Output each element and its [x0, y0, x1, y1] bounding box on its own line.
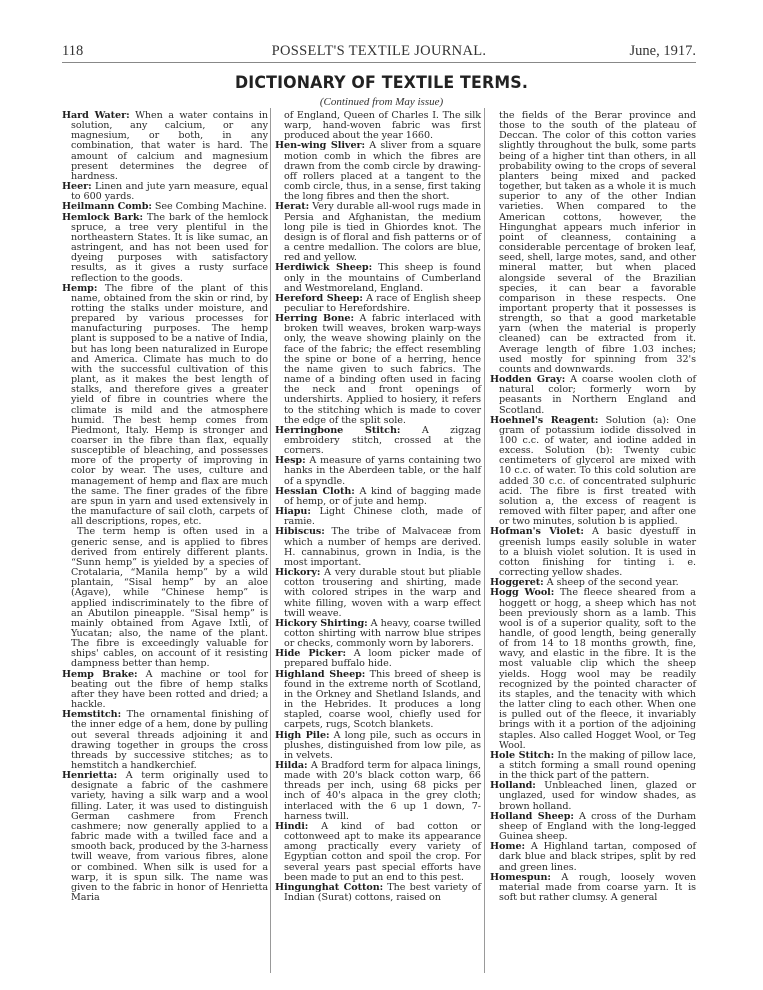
- dictionary-entry: Hiapu: Light Chinese cloth, made of rami…: [275, 507, 481, 527]
- dictionary-entry: Hingunghat Cotton: The best variety of I…: [275, 883, 481, 903]
- entry-definition: Light Chinese cloth, made of ramie.: [284, 506, 481, 527]
- entry-definition: The fibre of the plant of this name, obt…: [71, 283, 268, 528]
- column-2: of England, Queen of Charles I. The silk…: [275, 111, 481, 903]
- entry-definition: A sliver from a square motion comb in wh…: [284, 140, 481, 202]
- entry-definition: A measure of yarns containing two hanks …: [284, 455, 481, 486]
- dictionary-entry: of England, Queen of Charles I. The silk…: [275, 111, 481, 141]
- entry-definition: A fabric interlaced with broken twill we…: [284, 313, 481, 426]
- dictionary-entry: Hemstitch: The ornamental finishing of t…: [62, 710, 268, 771]
- dictionary-entry: Hibiscus: The tribe of Malvaceæ from whi…: [275, 527, 481, 568]
- dictionary-entry: Holland Sheep: A cross of the Durham she…: [490, 812, 696, 842]
- dictionary-entry: Herring Bone: A fabric interlaced with b…: [275, 314, 481, 426]
- issue-date: June, 1917.: [630, 43, 696, 60]
- header-rule: [62, 62, 696, 63]
- entry-definition: The ornamental finishing of the inner ed…: [71, 709, 268, 771]
- entry-definition: This breed of sheep is found in the extr…: [284, 669, 481, 731]
- dictionary-entry: The term hemp is often used in a generic…: [62, 527, 268, 669]
- entry-definition: The bark of the hemlock spruce, a tree v…: [71, 212, 268, 284]
- dictionary-entry: Home: A Highland tartan, composed of dar…: [490, 842, 696, 872]
- dictionary-entry: Homespun: A rough, loosely woven materia…: [490, 873, 696, 903]
- running-header: 118 POSSELT'S TEXTILE JOURNAL. June, 191…: [62, 43, 696, 63]
- entry-definition: A Highland tartan, composed of dark blue…: [499, 841, 696, 872]
- dictionary-entry: Hole Stitch: In the making of pillow lac…: [490, 751, 696, 781]
- dictionary-entry: Hickory Shirting: A heavy, coarse twille…: [275, 619, 481, 649]
- entry-definition: of England, Queen of Charles I. The silk…: [284, 110, 481, 141]
- dictionary-entry: Hemp Brake: A machine or tool for beatin…: [62, 670, 268, 711]
- column-1: Hard Water: When a water contains in sol…: [62, 111, 268, 903]
- dictionary-entry: Hessian Cloth: A kind of bagging made of…: [275, 487, 481, 507]
- column-3: the fields of the Berar province and tho…: [490, 111, 696, 903]
- dictionary-entry: Hesp: A measure of yarns containing two …: [275, 456, 481, 486]
- dictionary-entry: Hodden Gray: A coarse woolen cloth of na…: [490, 375, 696, 416]
- journal-title: POSSELT'S TEXTILE JOURNAL.: [62, 43, 696, 60]
- entry-definition: A term originally used to designate a fa…: [71, 770, 268, 903]
- column-divider: [270, 108, 271, 973]
- dictionary-entry: Hofman's Violet: A basic dyestuff in gre…: [490, 527, 696, 578]
- entry-definition: A Bradford term for alpaca linings, made…: [284, 760, 481, 822]
- entry-definition: Very durable all-wool rugs made in Persi…: [284, 201, 481, 263]
- dictionary-entry: Holland: Unbleached linen, glazed or ung…: [490, 781, 696, 811]
- dictionary-entry: Hereford Sheep: A race of English sheep …: [275, 294, 481, 314]
- dictionary-entry: Herdiwick Sheep: This sheep is found onl…: [275, 263, 481, 293]
- entry-definition: A kind of bad cotton or cottonweed apt t…: [284, 821, 481, 883]
- dictionary-entry: Hogg Wool: The fleece sheared from a hog…: [490, 588, 696, 751]
- dictionary-entry: Hilda: A Bradford term for alpaca lining…: [275, 761, 481, 822]
- dictionary-entry: Henrietta: A term originally used to des…: [62, 771, 268, 903]
- entry-definition: Linen and jute yarn measure, equal to 60…: [71, 181, 268, 202]
- entry-definition: the fields of the Berar province and tho…: [499, 110, 696, 375]
- entry-definition: The term hemp is often used in a generic…: [71, 526, 268, 669]
- dictionary-entry: Hemp: The fibre of the plant of this nam…: [62, 284, 268, 528]
- dictionary-entry: Hickory: A very durable stout but pliabl…: [275, 568, 481, 619]
- article-subtitle: (Continued from May issue): [0, 96, 763, 108]
- entry-definition: Solution (a): One gram of potassium iodi…: [499, 415, 696, 528]
- dictionary-entry: Hoehnel's Reagent: Solution (a): One gra…: [490, 416, 696, 528]
- dictionary-entry: Heer: Linen and jute yarn measure, equal…: [62, 182, 268, 202]
- dictionary-entry: Hindi: A kind of bad cotton or cottonwee…: [275, 822, 481, 883]
- dictionary-entry: Hen-wing Sliver: A sliver from a square …: [275, 141, 481, 202]
- dictionary-entry: Herringbone Stitch: A zigzag embroidery …: [275, 426, 481, 456]
- entry-definition: The fleece sheared from a hoggett or hog…: [499, 587, 696, 750]
- article-title: DICTIONARY OF TEXTILE TERMS.: [27, 73, 737, 93]
- entry-definition: When a water contains in solution, any c…: [71, 110, 268, 182]
- column-divider: [484, 108, 485, 973]
- dictionary-entry: Hemlock Bark: The bark of the hemlock sp…: [62, 213, 268, 284]
- dictionary-entry: Highland Sheep: This breed of sheep is f…: [275, 670, 481, 731]
- dictionary-entry: the fields of the Berar province and tho…: [490, 111, 696, 375]
- dictionary-entry: High Pile: A long pile, such as occurs i…: [275, 731, 481, 761]
- dictionary-entry: Hard Water: When a water contains in sol…: [62, 111, 268, 182]
- dictionary-entry: Herat: Very durable all-wool rugs made i…: [275, 202, 481, 263]
- dictionary-entry: Hide Picker: A loom picker made of prepa…: [275, 649, 481, 669]
